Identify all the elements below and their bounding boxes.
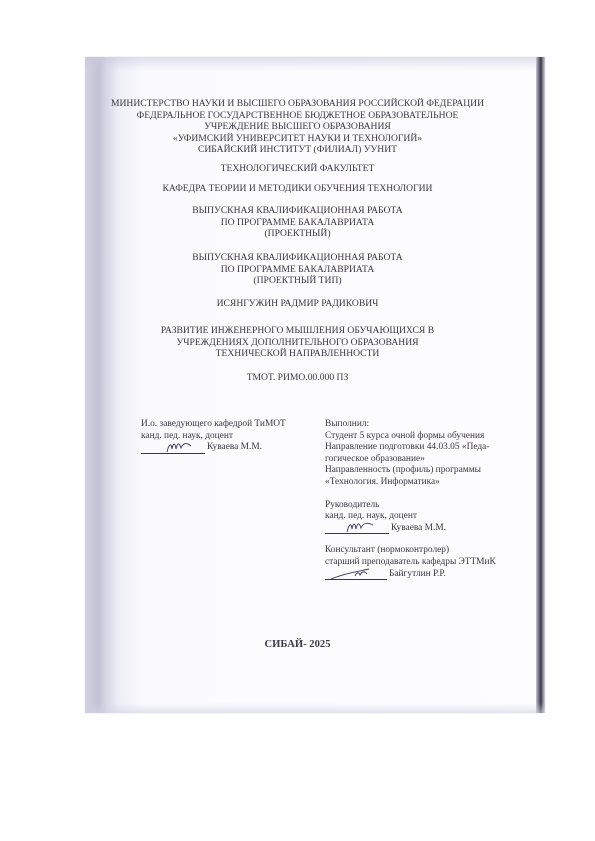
header-line: МИНИСТЕРСТВО НАУКИ И ВЫСШЕГО ОБРАЗОВАНИЯ… [0, 98, 595, 110]
faculty: ТЕХНОЛОГИЧЕСКИЙ ФАКУЛЬТЕТ [0, 163, 595, 175]
header-line: ФЕДЕРАЛЬНОЕ ГОСУДАРСТВЕННОЕ БЮДЖЕТНОЕ ОБ… [0, 110, 595, 122]
scan-top-shadow [85, 57, 545, 71]
thesis-title: РАЗВИТИЕ ИНЖЕНЕРНОГО МЫШЛЕНИЯ ОБУЧАЮЩИХС… [0, 325, 595, 360]
head-signature-row: Куваева М.М. [141, 442, 286, 454]
profile-line: «Технология. Информатика» [325, 477, 496, 489]
work-type-line: ВЫПУСКНАЯ КВАЛИФИКАЦИОННАЯ РАБОТА [0, 205, 595, 217]
consultant-label: Консультант (нормоконтролер) [325, 545, 496, 557]
department-text: КАФЕДРА ТЕОРИИ И МЕТОДИКИ ОБУЧЕНИЯ ТЕХНО… [0, 183, 595, 195]
student-line: Студент 5 курса очной формы обучения [325, 431, 496, 443]
header-line: СИБАЙСКИЙ ИНСТИТУТ (ФИЛИАЛ) УУНИТ [0, 144, 595, 156]
performed-label: Выполнил: [325, 419, 496, 431]
signature-icon [141, 440, 205, 454]
head-role: И.о. заведующего кафедрой ТиМОТ [141, 419, 286, 431]
performer-block: Выполнил: Студент 5 курса очной формы об… [325, 419, 496, 580]
header-line: УЧРЕЖДЕНИЕ ВЫСШЕГО ОБРАЗОВАНИЯ [0, 121, 595, 133]
direction-line: гогическое образование» [325, 454, 496, 466]
signature-line [325, 569, 387, 580]
document-code-text: ТМОТ. РИМО.00.000 ПЗ [0, 372, 595, 384]
department: КАФЕДРА ТЕОРИИ И МЕТОДИКИ ОБУЧЕНИЯ ТЕХНО… [0, 183, 595, 195]
work-type-line: ПО ПРОГРАММЕ БАКАЛАВРИАТА [0, 264, 595, 276]
author-name: ИСЯНГУЖИН РАДМИР РАДИКОВИЧ [0, 298, 595, 310]
title-line: УЧРЕЖДЕНИЯХ ДОПОЛНИТЕЛЬНОГО ОБРАЗОВАНИЯ [0, 337, 595, 349]
work-type-line: (ПРОЕКТНЫЙ) [0, 228, 595, 240]
work-type-secondary: ВЫПУСКНАЯ КВАЛИФИКАЦИОННАЯ РАБОТА ПО ПРО… [0, 252, 595, 287]
head-of-department-block: И.о. заведующего кафедрой ТиМОТ канд. пе… [141, 419, 286, 454]
work-type-line: (ПРОЕКТНЫЙ ТИП) [0, 275, 595, 287]
work-type-primary: ВЫПУСКНАЯ КВАЛИФИКАЦИОННАЯ РАБОТА ПО ПРО… [0, 205, 595, 240]
document-code: ТМОТ. РИМО.00.000 ПЗ [0, 372, 595, 384]
ministry-header: МИНИСТЕРСТВО НАУКИ И ВЫСШЕГО ОБРАЗОВАНИЯ… [0, 98, 595, 156]
header-line: «УФИМСКИЙ УНИВЕРСИТЕТ НАУКИ И ТЕХНОЛОГИЙ… [0, 133, 595, 145]
consultant-signature-row: Байгутлин Р.Р. [325, 569, 496, 581]
direction-line: Направление подготовки 44.03.05 «Педа- [325, 442, 496, 454]
work-type-line: ВЫПУСКНАЯ КВАЛИФИКАЦИОННАЯ РАБОТА [0, 252, 595, 264]
scan-bottom-shadow [85, 703, 545, 713]
work-type-line: ПО ПРОГРАММЕ БАКАЛАВРИАТА [0, 217, 595, 229]
profile-line: Направленность (профиль) программы [325, 465, 496, 477]
consultant-name: Байгутлин Р.Р. [389, 569, 446, 581]
city-year: СИБАЙ- 2025 [0, 639, 595, 650]
signature-icon [325, 566, 387, 580]
signature-line [141, 443, 205, 454]
head-name: Куваева М.М. [207, 442, 262, 454]
supervisor-signature-row: Куваева М.М. [325, 523, 496, 535]
title-line: ТЕХНИЧЕСКОЙ НАПРАВЛЕННОСТИ [0, 348, 595, 360]
supervisor-name: Куваева М.М. [391, 523, 446, 535]
supervisor-label: Руководитель [325, 500, 496, 512]
faculty-text: ТЕХНОЛОГИЧЕСКИЙ ФАКУЛЬТЕТ [0, 163, 595, 175]
title-line: РАЗВИТИЕ ИНЖЕНЕРНОГО МЫШЛЕНИЯ ОБУЧАЮЩИХС… [0, 325, 595, 337]
author-text: ИСЯНГУЖИН РАДМИР РАДИКОВИЧ [0, 298, 595, 310]
signature-icon [325, 520, 389, 534]
signature-line [325, 523, 389, 534]
